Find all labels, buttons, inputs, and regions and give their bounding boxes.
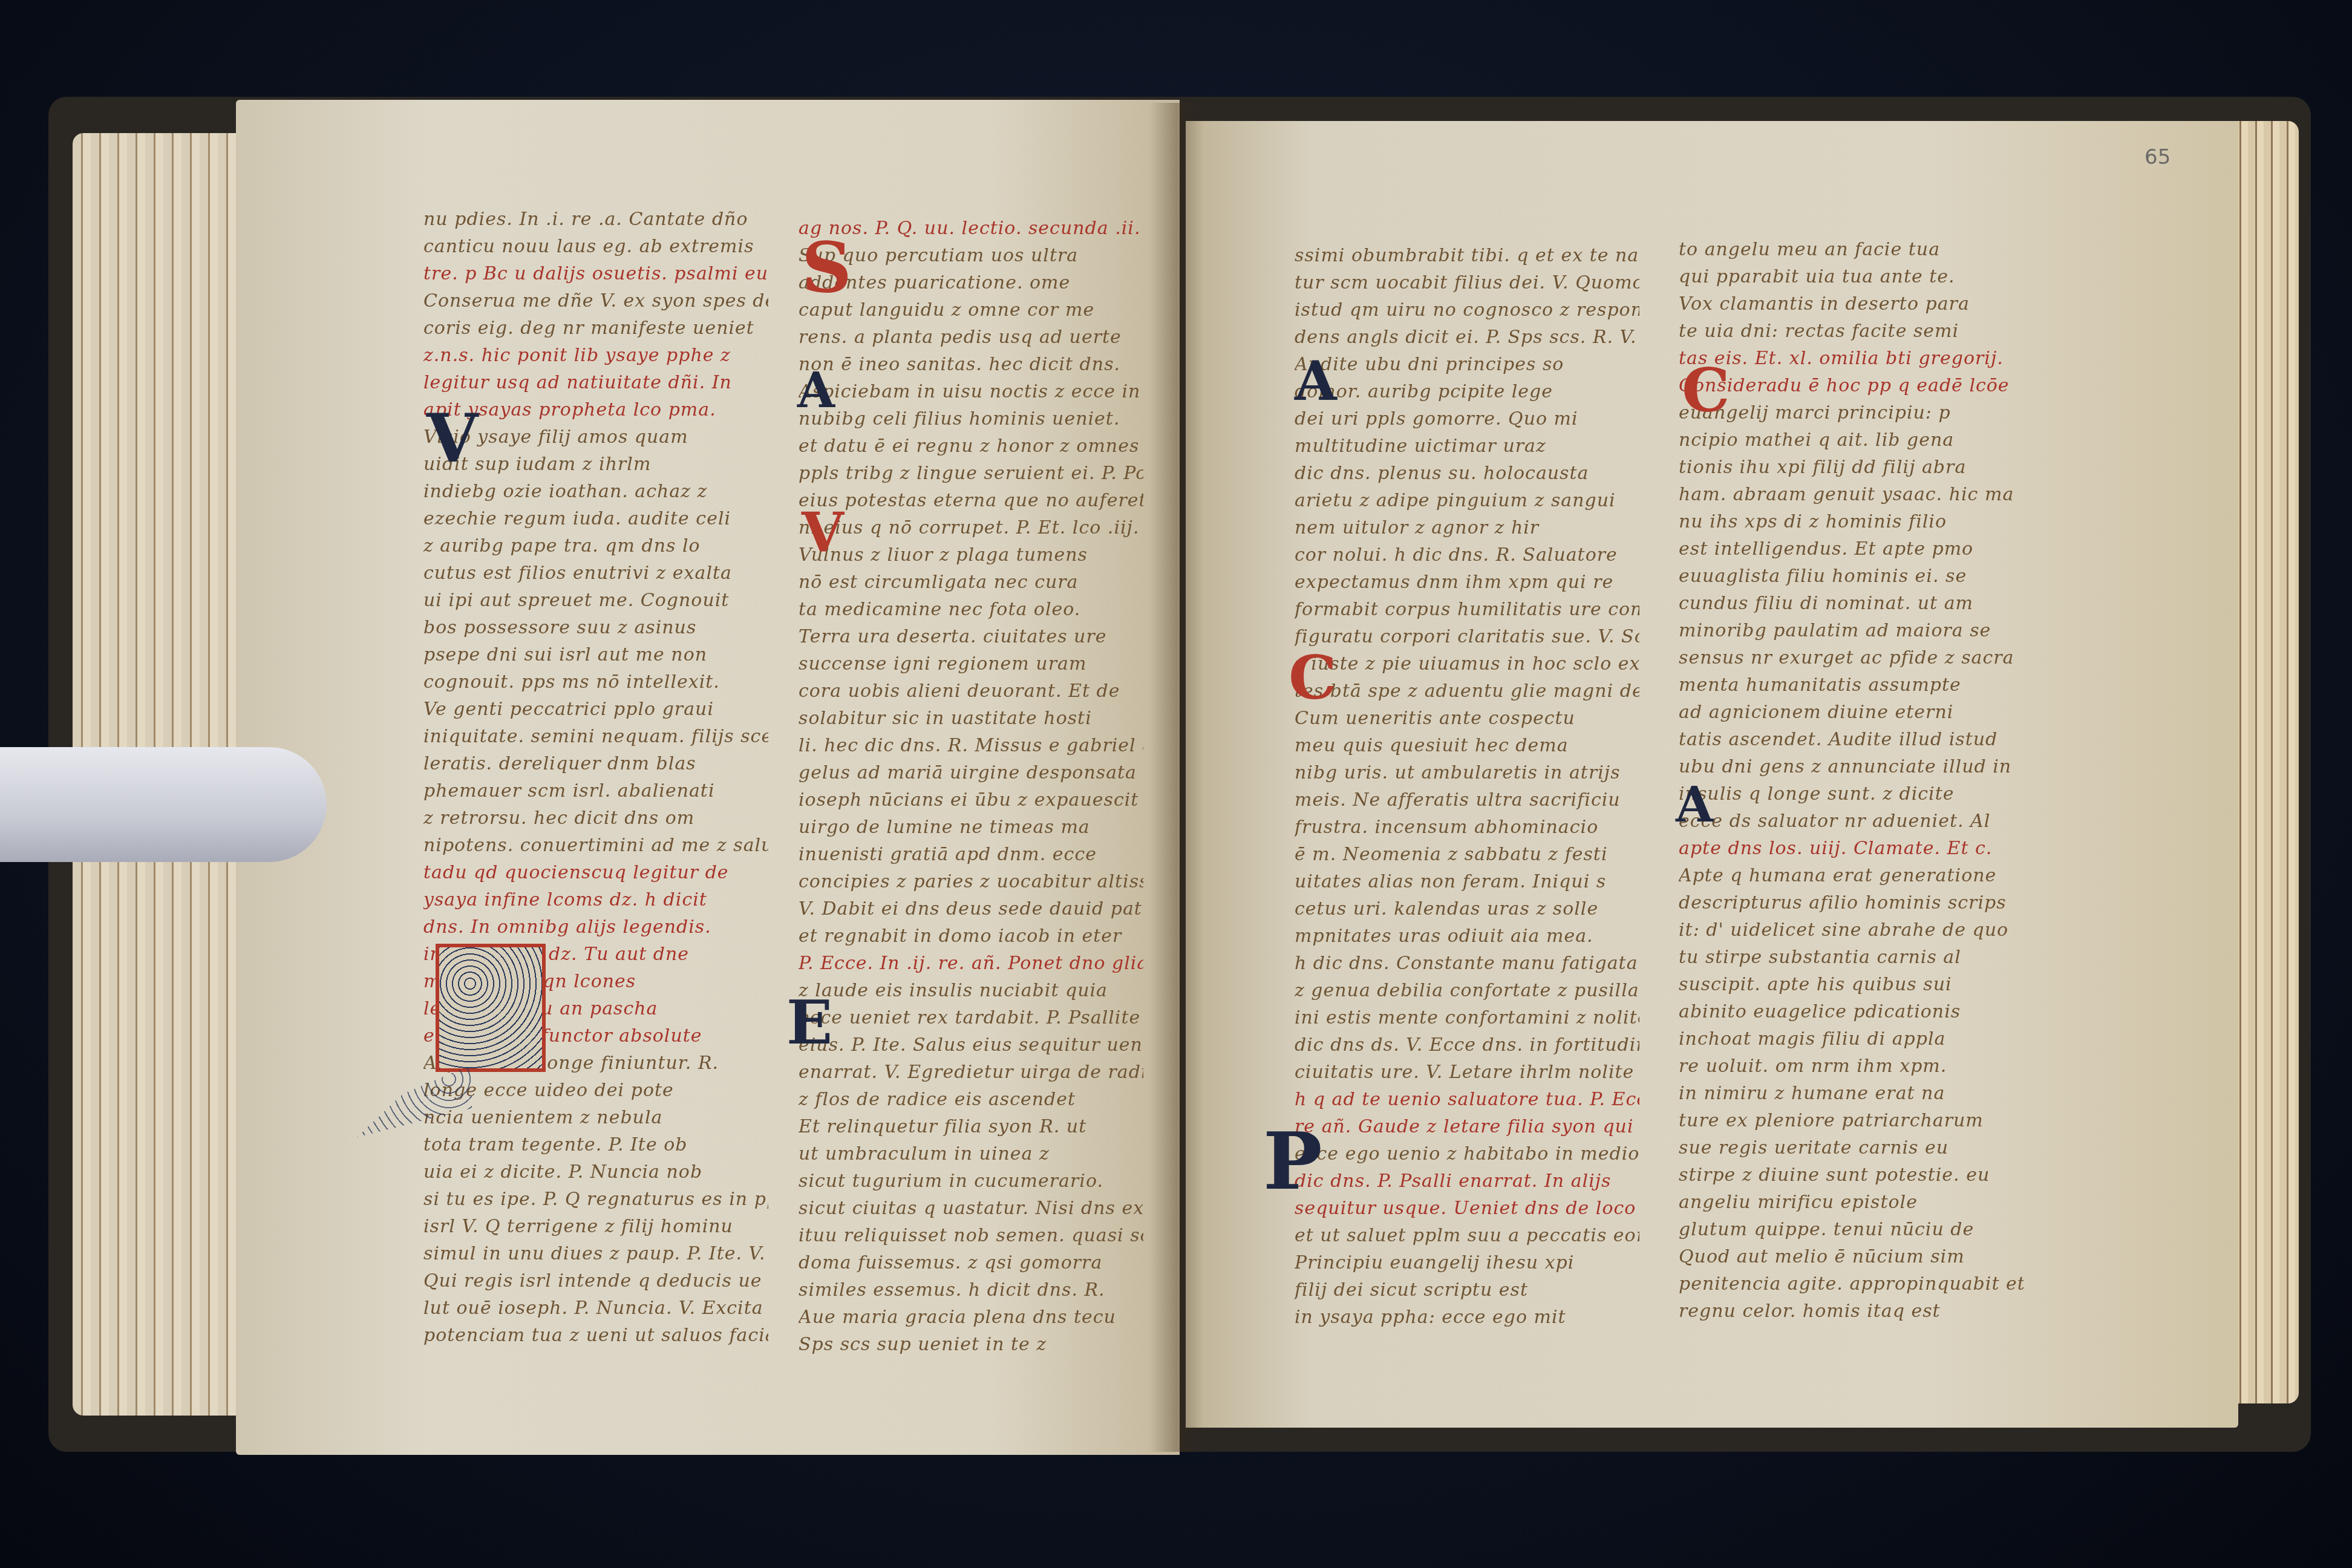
manuscript-text-line: it: d' uidelicet sine abrahe de quo — [1679, 920, 2024, 941]
manuscript-text-line: sensus nr exurget ac pfide z sacra — [1679, 647, 2024, 669]
manuscript-text-line: suscipit. apte his quibus sui — [1679, 974, 2024, 996]
manuscript-text-line: istud qm uiru no cognosco z respon — [1295, 299, 1639, 321]
manuscript-text-line: et ut saluet pplm suu a peccatis eor. R. — [1295, 1225, 1639, 1247]
manuscript-text-line: leratis. dereliquer dnm blas — [423, 753, 768, 775]
manuscript-text-line: ecce ueniet rex tardabit. P. Psallite — [799, 1007, 1143, 1029]
manuscript-text-line: Vox clamantis in deserto para — [1679, 293, 2024, 315]
manuscript-text-line: potenciam tua z ueni ut saluos facias — [423, 1325, 768, 1347]
manuscript-text-line: longe ecce uideo dei pote — [423, 1080, 768, 1102]
manuscript-text-line: ppls tribg z lingue seruient ei. P. Pote… — [799, 463, 1143, 485]
manuscript-text-line: non ē ineo sanitas. hec dicit dns. — [799, 354, 1143, 376]
manuscript-text-line: z genua debilia confortate z pusillam — [1295, 980, 1639, 1002]
manuscript-text-line: phemauer scm isrl. abalienati — [423, 780, 768, 802]
left-page-column-1: nu pdies. In .i. re .a. Cantate dñocanti… — [423, 209, 768, 1352]
manuscript-text-line: ciuitatis ure. V. Letare ihrlm nolite — [1295, 1062, 1639, 1083]
manuscript-text-line: bos possessore suu z asinus — [423, 617, 768, 639]
manuscript-text-line: tes btā spe z aduentu glie magni dei — [1295, 681, 1639, 702]
manuscript-text-line: ituu reliquisset nob semen. quasi so — [799, 1225, 1143, 1247]
manuscript-text-line: Conserua me dñe V. ex syon spes de — [423, 290, 768, 312]
manuscript-text-line: uia ei z dicite. P. Nuncia nob — [423, 1161, 768, 1183]
initial-v-red: V — [802, 505, 844, 560]
manuscript-text-line: simul in unu diues z paup. P. Ite. V. — [423, 1243, 768, 1265]
manuscript-text-line: dic dns. plenus su. holocausta — [1295, 463, 1639, 485]
initial-e-blue: E — [786, 992, 832, 1053]
initial-v-blue: V — [426, 405, 478, 472]
manuscript-text-line: canticu nouu laus eg. ab extremis — [423, 236, 768, 258]
manuscript-text-line: Quod aut melio ē nūcium sim — [1679, 1246, 2024, 1268]
initial-a-blue-col4: A — [1676, 780, 1713, 829]
manuscript-text-line: frustra. incensum abhominacio — [1295, 817, 1639, 838]
manuscript-text-line: Aue maria gracia plena dns tecu — [799, 1307, 1143, 1328]
manuscript-text-line: Audite ubu dni principes so — [1295, 354, 1639, 376]
manuscript-text-line: insulis q longe sunt. z dicite — [1679, 783, 2024, 805]
manuscript-text-line: ui ipi aut spreuet me. Cognouit — [423, 590, 768, 612]
manuscript-text-line: meu quis quesiuit hec dema — [1295, 735, 1639, 757]
initial-s-red: S — [802, 233, 852, 302]
manuscript-text-line: domor. auribg pcipite lege — [1295, 381, 1639, 403]
manuscript-text-line: euangelij marci principiu: p — [1679, 402, 2024, 424]
manuscript-text-line: ubu dni gens z annunciate illud in — [1679, 756, 2024, 778]
manuscript-text-line: ham. abraam genuit ysaac. hic ma — [1679, 484, 2024, 506]
manuscript-text-line: Qui regis isrl intende q deducis ue — [423, 1270, 768, 1292]
manuscript-text-line: ecce ds saluator nr adueniet. Al — [1679, 811, 2024, 832]
manuscript-text-line: Et relinquetur filia syon R. ut — [799, 1116, 1143, 1138]
manuscript-text-line: Cum ueneritis ante cospectu — [1295, 708, 1639, 730]
manuscript-text-line: inchoat magis filiu di appla — [1679, 1028, 2024, 1050]
right-page-column-2: to angelu meu an facie tuaqui pparabit u… — [1679, 239, 2024, 1328]
manuscript-text-line: menta humanitatis assumpte — [1679, 675, 2024, 696]
manuscript-text-line: z auribg pape tra. qm dns lo — [423, 535, 768, 557]
manuscript-text-line: tionis ihu xpi filij dd filij abra — [1679, 457, 2024, 479]
left-page-column-2: ag nos. P. Q. uu. lectio. secunda .ii.Su… — [799, 218, 1143, 1361]
manuscript-text-line: z flos de radice eis ascendet — [799, 1089, 1143, 1111]
manuscript-text-line: isrl V. Q terrigene z filij hominu — [423, 1216, 768, 1238]
manuscript-text-line: tatis ascendet. Audite illud istud — [1679, 729, 2024, 751]
manuscript-text-line: dns. In omnibg alijs legendis. — [423, 916, 768, 938]
manuscript-text-line: rens. a planta pedis usq ad uerte — [799, 327, 1143, 348]
manuscript-text-line: solabitur sic in uastitate hosti — [799, 708, 1143, 730]
manuscript-text-line: to angelu meu an facie tua — [1679, 239, 2024, 261]
manuscript-text-line: meis. Ne afferatis ultra sacrificiu — [1295, 789, 1639, 811]
manuscript-text-line: Ve genti peccatrici pplo graui — [423, 699, 768, 720]
decorated-initial-a — [436, 944, 546, 1072]
manuscript-text-line: cor nolui. h dic dns. R. Saluatore — [1295, 544, 1639, 566]
manuscript-text-line: z laude eis insulis nuciabit quia — [799, 980, 1143, 1002]
manuscript-text-line: figuratu corpori claritatis sue. V. Sobr… — [1295, 626, 1639, 648]
manuscript-text-line: ncia uenientem z nebula — [423, 1107, 768, 1129]
manuscript-text-line: legitur usq ad natiuitate dñi. In — [423, 372, 768, 394]
manuscript-text-line: et datu ē ei regnu z honor z omnes — [799, 436, 1143, 457]
manuscript-text-line: est intelligendus. Et apte pmo — [1679, 538, 2024, 560]
right-page-edges — [2232, 121, 2299, 1403]
manuscript-text-line: uirgo de lumine ne timeas ma — [799, 817, 1143, 838]
manuscript-text-line: P. Ecce. In .ij. re. añ. Ponet dno glia — [799, 953, 1143, 975]
manuscript-text-line: ni eius q nō corrupet. P. Et. lco .iij. — [799, 517, 1143, 539]
manuscript-text-line: qui pparabit uia tua ante te. — [1679, 266, 2024, 288]
manuscript-text-line: cundus filiu di nominat. ut am — [1679, 593, 2024, 615]
manuscript-text-line: tadu qd quocienscuq legitur de — [423, 862, 768, 884]
manuscript-text-line: cetus uri. kalendas uras z solle — [1295, 898, 1639, 920]
manuscript-text-line: ezechie regum iuda. audite celi — [423, 508, 768, 530]
manuscript-text-line: nubibg celi filius hominis ueniet. — [799, 408, 1143, 430]
manuscript-text-line: sicut ciuitas q uastatur. Nisi dns exerc — [799, 1198, 1143, 1220]
manuscript-text-line: sue regis ueritate carnis eu — [1679, 1137, 2024, 1159]
manuscript-text-line: uitates alias non feram. Iniqui s — [1295, 871, 1639, 893]
manuscript-text-line: cora uobis alieni deuorant. Et de — [799, 681, 1143, 702]
manuscript-text-line: et regnabit in domo iacob in eter — [799, 926, 1143, 947]
manuscript-text-line: filij dei sicut scriptu est — [1295, 1279, 1639, 1301]
manuscript-text-line: nu pdies. In .i. re .a. Cantate dño — [423, 209, 768, 230]
manuscript-text-line: psepe dni sui isrl aut me non — [423, 644, 768, 666]
manuscript-text-line: arietu z adipe pinguium z sangui — [1295, 490, 1639, 512]
manuscript-text-line: lut ouē ioseph. P. Nuncia. V. Excita dne — [423, 1298, 768, 1319]
manuscript-text-line: concipies z paries z uocabitur altissimi… — [799, 871, 1143, 893]
manuscript-text-line: tas eis. Et. xl. omilia bti gregorij. — [1679, 348, 2024, 370]
manuscript-text-line: Apte q humana erat generatione — [1679, 865, 2024, 887]
manuscript-text-line: cutus est filios enutrivi z exalta — [423, 563, 768, 584]
manuscript-text-line: nō est circumligata nec cura — [799, 572, 1143, 593]
initial-p-blue: P — [1263, 1122, 1322, 1201]
manuscript-text-line: indiebg ozie ioathan. achaz z — [423, 481, 768, 503]
manuscript-text-line: euuaglista filiu hominis ei. se — [1679, 566, 2024, 587]
manuscript-text-line: similes essemus. h dicit dns. R. — [799, 1279, 1143, 1301]
manuscript-text-line: li. hec dic dns. R. Missus e gabriel an — [799, 735, 1143, 757]
manuscript-text-line: cognouit. pps ms nō intellexit. — [423, 671, 768, 693]
manuscript-text-line: nibg uris. ut ambularetis in atrijs — [1295, 762, 1639, 784]
book-gutter — [1149, 103, 1204, 1452]
manuscript-text-line: regnu celor. homis itaq est — [1679, 1301, 2024, 1322]
manuscript-text-line: coris eig. deg nr manifeste ueniet — [423, 318, 768, 339]
manuscript-text-line: inuenisti gratiā apd dnm. ecce — [799, 844, 1143, 866]
manuscript-text-line: z iuste z pie uiuamus in hoc sclo expect… — [1295, 653, 1639, 675]
manuscript-text-line: apte dns los. uiij. Clamate. Et c. — [1679, 838, 2024, 860]
manuscript-text-line: ecce ego uenio z habitabo in medio tui — [1295, 1143, 1639, 1165]
manuscript-text-line: enarrat. V. Egredietur uirga de radice — [799, 1062, 1143, 1083]
manuscript-text-line: formabit corpus humilitatis ure con — [1295, 599, 1639, 621]
manuscript-text-line: doma fuissemus. z qsi gomorra — [799, 1252, 1143, 1274]
manuscript-text-line: mpnitates uras odiuit aia mea. — [1295, 926, 1639, 947]
manuscript-text-line: ncipio mathei q ait. lib gena — [1679, 430, 2024, 451]
manuscript-text-line: sequitur usque. Ueniet dns de loco sco s… — [1295, 1198, 1639, 1220]
manuscript-text-line: Principiu euangelij ihesu xpi — [1295, 1252, 1639, 1274]
initial-c-red-right: C — [1682, 360, 1730, 420]
manuscript-text-line: dic dns. P. Psalli enarrat. In alijs — [1295, 1171, 1639, 1192]
manuscript-text-line: eius. P. Ite. Salus eius sequitur ueniet… — [799, 1034, 1143, 1056]
manuscript-text-line: dens angls dicit ei. P. Sps scs. R. V. — [1295, 327, 1639, 348]
white-glove-finger — [0, 747, 327, 862]
manuscript-text-line: ta medicamine nec fota oleo. — [799, 599, 1143, 621]
manuscript-text-line: dic dns ds. V. Ecce dns. in fortitudine … — [1295, 1034, 1639, 1056]
manuscript-text-line: V. Dabit ei dns deus sede dauid patris — [799, 898, 1143, 920]
manuscript-text-line: descripturus afilio hominis scrips — [1679, 892, 2024, 914]
manuscript-text-line: ini estis mente confortamini z nolite ti… — [1295, 1007, 1639, 1029]
right-page-column-1: ssimi obumbrabit tibi. q et ex te nascet… — [1295, 245, 1639, 1334]
manuscript-text-line: minoribg paulatim ad maiora se — [1679, 620, 2024, 642]
manuscript-text-line: ut umbraculum in uinea z — [799, 1143, 1143, 1165]
manuscript-text-line: re añ. Gaude z letare filia syon qui — [1295, 1116, 1639, 1138]
manuscript-text-line: tota tram tegente. P. Ite ob — [423, 1134, 768, 1156]
manuscript-text-line: dei uri ppls gomorre. Quo mi — [1295, 408, 1639, 430]
manuscript-text-line: te uia dni: rectas facite semi — [1679, 321, 2024, 342]
manuscript-text-line: z retrorsu. hec dicit dns om — [423, 808, 768, 829]
manuscript-text-line: in ysaya ppha: ecce ego mit — [1295, 1307, 1639, 1328]
manuscript-text-line: penitencia agite. appropinquabit et — [1679, 1273, 2024, 1295]
initial-c-red: C — [1289, 647, 1337, 708]
manuscript-text-line: expectamus dnm ihm xpm qui re — [1295, 572, 1639, 593]
initial-a-blue-right: A — [1295, 354, 1337, 408]
manuscript-text-line: Vulnus z liuor z plaga tumens — [799, 544, 1143, 566]
manuscript-text-line: tu stirpe substantia carnis al — [1679, 947, 2024, 969]
manuscript-text-line: iniquitate. semini nequam. filijs sce — [423, 726, 768, 748]
manuscript-text-line: multitudine uictimar uraz — [1295, 436, 1639, 457]
manuscript-text-line: re uoluit. om nrm ihm xpm. — [1679, 1056, 2024, 1077]
manuscript-text-line: succense igni regionem uram — [799, 653, 1143, 675]
manuscript-text-line: Sps scs sup ueniet in te z — [799, 1334, 1143, 1356]
manuscript-text-line: ē m. Neomenia z sabbatu z festi — [1295, 844, 1639, 866]
manuscript-text-line: h dic dns. Constante manu fatigata — [1295, 953, 1639, 975]
manuscript-text-line: ad agnicionem diuine eterni — [1679, 702, 2024, 724]
manuscript-text-line: si tu es ipe. P. Q regnaturus es in pplo — [423, 1189, 768, 1210]
manuscript-text-line: tur scm uocabit filius dei. V. Quomo fie… — [1295, 272, 1639, 294]
manuscript-text-line: z.n.s. hic ponit lib ysaye pphe z — [423, 345, 768, 367]
manuscript-text-line: ioseph nūcians ei ūbu z expauescit — [799, 789, 1143, 811]
manuscript-text-line: stirpe z diuine sunt potestie. eu — [1679, 1165, 2024, 1186]
manuscript-text-line: h q ad te uenio saluatore tua. P. Ecce d… — [1295, 1089, 1639, 1111]
manuscript-text-line: nipotens. conuertimini ad me z salui eri… — [423, 835, 768, 857]
manuscript-text-line: Aspiciebam in uisu noctis z ecce in — [799, 381, 1143, 403]
initial-a-blue: A — [797, 366, 835, 414]
manuscript-text-line: eius potestas eterna que no auferetur — [799, 490, 1143, 512]
manuscript-text-line: tre. p Bc u dalijs osuetis. psalmi eux. — [423, 263, 768, 285]
manuscript-text-line: glutum quippe. tenui nūciu de — [1679, 1219, 2024, 1241]
manuscript-text-line: sicut tugurium in cucumerario. — [799, 1171, 1143, 1192]
manuscript-text-line: ysaya infine lcoms dz. h dicit — [423, 889, 768, 911]
manuscript-text-line: Terra ura deserta. ciuitates ure — [799, 626, 1143, 648]
manuscript-text-line: Consideradu ē hoc pp q eadē lcōe — [1679, 375, 2024, 397]
manuscript-text-line: gelus ad mariā uirgine desponsata — [799, 762, 1143, 784]
manuscript-text-line: in nimiru z humane erat na — [1679, 1083, 2024, 1105]
manuscript-text-line: nu ihs xps di z hominis filio — [1679, 511, 2024, 533]
manuscript-text-line: abinito euagelice pdicationis — [1679, 1001, 2024, 1023]
manuscript-text-line: ture ex pleniore patriarcharum — [1679, 1110, 2024, 1132]
folio-number: 65 — [2145, 145, 2171, 169]
manuscript-text-line: nem uitulor z agnor z hir — [1295, 517, 1639, 539]
manuscript-text-line: angeliu mirificu epistole — [1679, 1192, 2024, 1214]
manuscript-text-line: ssimi obumbrabit tibi. q et ex te nasce — [1295, 245, 1639, 267]
